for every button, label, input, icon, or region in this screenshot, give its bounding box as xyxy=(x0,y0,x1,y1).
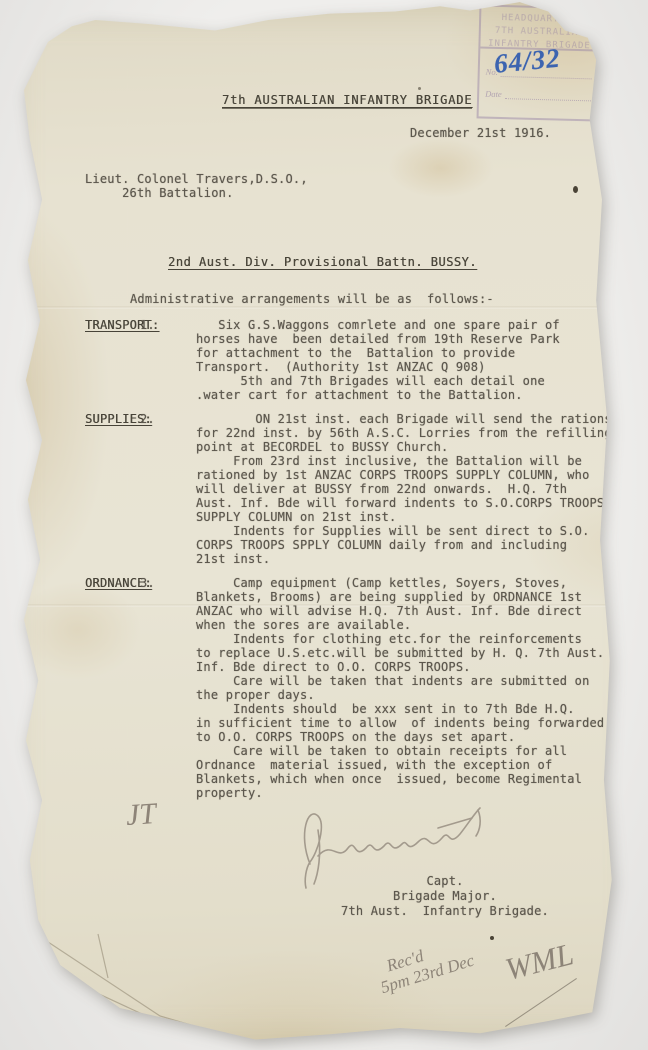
stamp-date-label: Date xyxy=(485,89,502,99)
paper-sheet: HEADQUARTERS 7TH AUSTRALIAN INFANTRY BRI… xyxy=(0,0,648,1050)
fold-crease xyxy=(0,306,648,309)
headquarters-stamp: HEADQUARTERS 7TH AUSTRALIAN INFANTRY BRI… xyxy=(477,4,602,121)
section-text: Camp equipment (Camp kettles, Soyers, St… xyxy=(196,576,605,800)
signature-title-block: Capt. Brigade Major. 7th Aust. Infantry … xyxy=(300,874,590,919)
ink-speck xyxy=(418,87,421,90)
stamp-date-row: Date xyxy=(485,77,592,102)
section-text: Six G.S.Waggons comrlete and one spare p… xyxy=(196,318,605,402)
received-note: Rec'd 5pm 23rd Dec xyxy=(384,932,476,993)
section-text: ON 21st inst. each Brigade will send the… xyxy=(196,412,605,566)
section-number: 1. xyxy=(140,318,155,332)
section-supplies: SUPPLIES: 2. ON 21st inst. each Brigade … xyxy=(85,412,605,566)
handwritten-file-number: 64/32 xyxy=(493,43,562,80)
ink-speck xyxy=(490,936,494,940)
page-title: 7th AUSTRALIAN INFANTRY BRIGADE xyxy=(222,93,472,109)
document-date: December 21st 1916. xyxy=(410,126,551,140)
pencil-initials-left: JT xyxy=(125,797,157,833)
ink-speck xyxy=(573,186,578,193)
section-transport: TRANSPORT: 1. Six G.S.Waggons comrlete a… xyxy=(85,318,605,402)
section-ordnance: ORDNANCE: 3. Camp equipment (Camp kettle… xyxy=(85,576,605,800)
section-number: 3. xyxy=(140,576,155,590)
stamp-date-dotted-line xyxy=(505,98,591,101)
dog-ear-fold xyxy=(20,920,250,1045)
intro-line: Administrative arrangements will be as f… xyxy=(130,292,494,306)
section-number: 2. xyxy=(140,412,155,426)
pencil-initials-right: WML xyxy=(502,936,578,988)
subject-line: 2nd Aust. Div. Provisional Battn. BUSSY. xyxy=(168,255,477,269)
document-photo: HEADQUARTERS 7TH AUSTRALIAN INFANTRY BRI… xyxy=(0,0,648,1050)
addressee: Lieut. Colonel Travers,D.S.O., 26th Batt… xyxy=(85,172,308,200)
body-sections: TRANSPORT: 1. Six G.S.Waggons comrlete a… xyxy=(85,318,605,810)
